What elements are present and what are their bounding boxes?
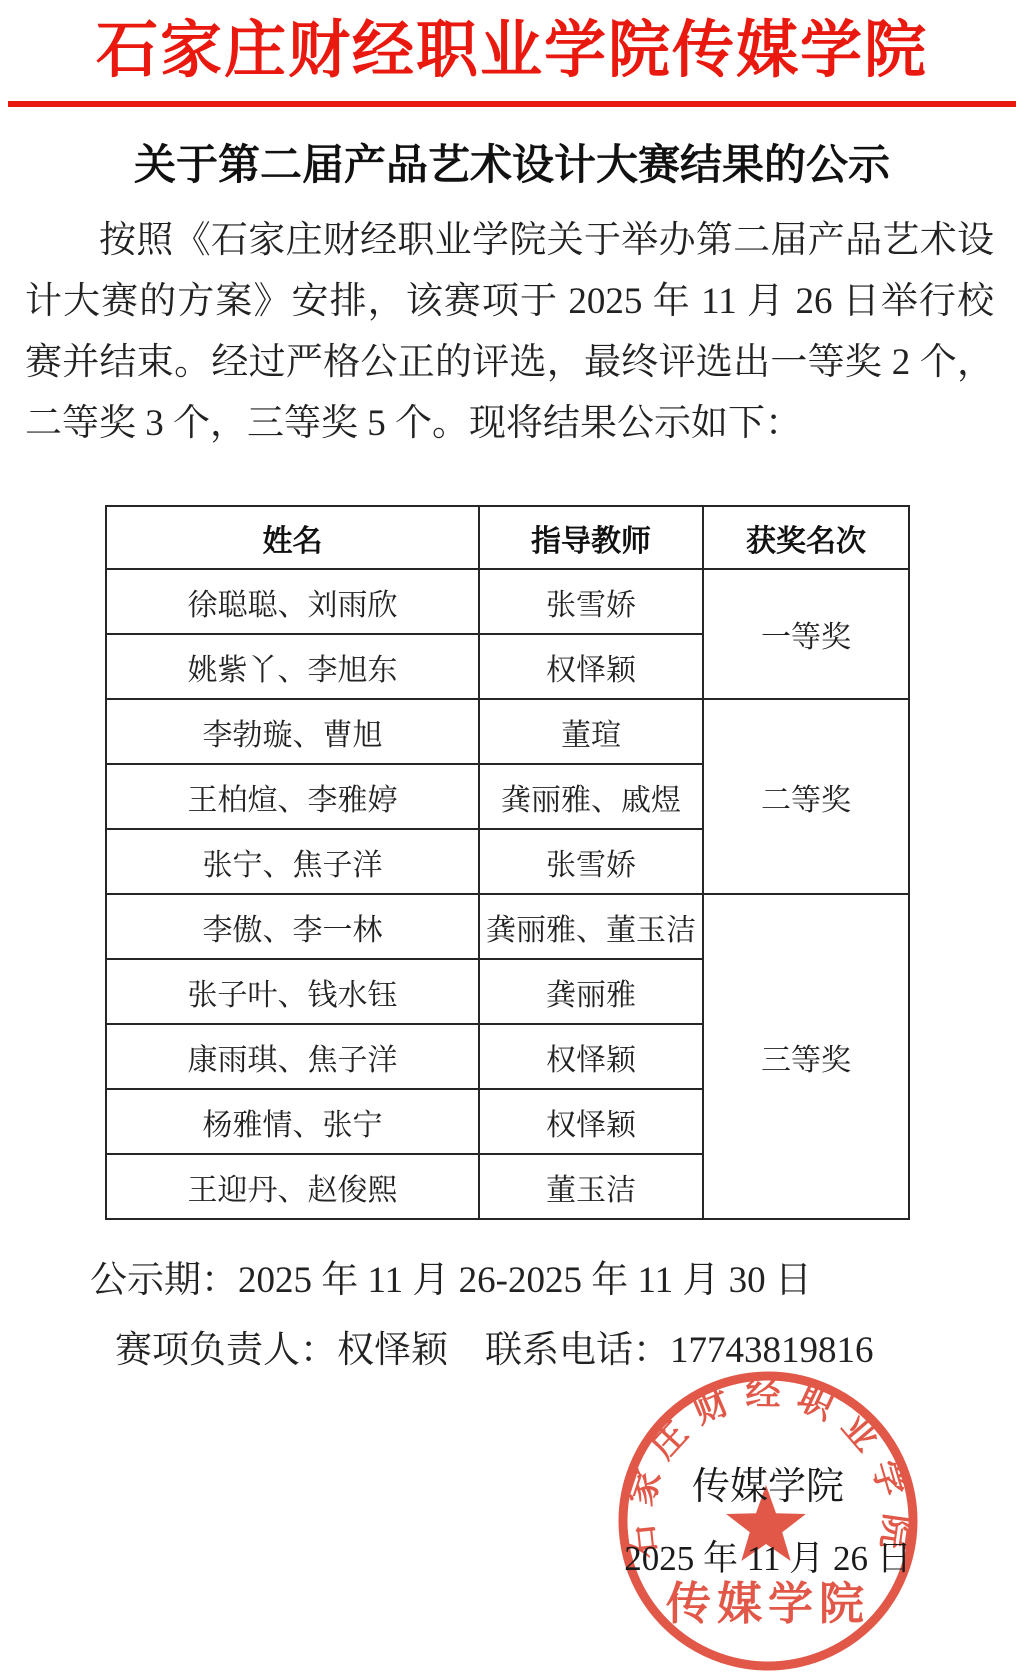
advisor-cell: 龚丽雅、董玉洁: [479, 894, 703, 959]
body-paragraph: 按照《石家庄财经职业学院关于举办第二届产品艺术设计大赛的方案》安排，该赛项于 2…: [25, 210, 994, 454]
student-names-cell: 王迎丹、赵俊熙: [106, 1154, 479, 1219]
table-row: 李勃璇、曹旭董瑄二等奖: [106, 699, 909, 764]
publicity-period-line: 公示期：2025 年 11 月 26-2025 年 11 月 30 日: [90, 1258, 812, 1304]
signature-department: 传媒学院: [593, 1464, 943, 1510]
table-row: 徐聪聪、刘雨欣张雪娇一等奖: [106, 569, 909, 634]
advisor-cell: 权怿颖: [479, 634, 703, 699]
doc-title: 关于第二届产品艺术设计大赛结果的公示: [0, 140, 1024, 192]
student-names-cell: 张宁、焦子洋: [106, 829, 479, 894]
column-header: 指导教师: [479, 506, 703, 569]
column-header: 获奖名次: [703, 506, 909, 569]
award-rank-cell: 二等奖: [703, 699, 909, 894]
column-header: 姓名: [106, 506, 479, 569]
advisor-cell: 权怿颖: [479, 1024, 703, 1089]
official-seal-stamp: 石家庄财经职业学院 传媒学院: [613, 1366, 923, 1672]
student-names-cell: 李傲、李一林: [106, 894, 479, 959]
student-names-cell: 张子叶、钱水钰: [106, 959, 479, 1024]
award-table: 姓名指导教师获奖名次 徐聪聪、刘雨欣张雪娇一等奖姚紫丫、李旭东权怿颖李勃璇、曹旭…: [105, 505, 910, 1220]
student-names-cell: 王柏煊、李雅婷: [106, 764, 479, 829]
advisor-cell: 张雪娇: [479, 569, 703, 634]
advisor-cell: 权怿颖: [479, 1089, 703, 1154]
masthead-rule: [8, 101, 1016, 107]
table-row: 李傲、李一林龚丽雅、董玉洁三等奖: [106, 894, 909, 959]
award-table-body: 徐聪聪、刘雨欣张雪娇一等奖姚紫丫、李旭东权怿颖李勃璇、曹旭董瑄二等奖王柏煊、李雅…: [106, 569, 909, 1219]
advisor-cell: 张雪娇: [479, 829, 703, 894]
student-names-cell: 杨雅情、张宁: [106, 1089, 479, 1154]
signature-date: 2025 年 11 月 26 日: [593, 1537, 943, 1581]
student-names-cell: 李勃璇、曹旭: [106, 699, 479, 764]
advisor-cell: 董玉洁: [479, 1154, 703, 1219]
student-names-cell: 康雨琪、焦子洋: [106, 1024, 479, 1089]
student-names-cell: 姚紫丫、李旭东: [106, 634, 479, 699]
student-names-cell: 徐聪聪、刘雨欣: [106, 569, 479, 634]
award-rank-cell: 三等奖: [703, 894, 909, 1219]
institution-masthead: 石家庄财经职业学院传媒学院: [0, 14, 1024, 88]
advisor-cell: 董瑄: [479, 699, 703, 764]
document-page: 石家庄财经职业学院传媒学院 关于第二届产品艺术设计大赛结果的公示 按照《石家庄财…: [0, 0, 1024, 1672]
award-rank-cell: 一等奖: [703, 569, 909, 699]
advisor-cell: 龚丽雅、戚煜: [479, 764, 703, 829]
advisor-cell: 龚丽雅: [479, 959, 703, 1024]
award-table-header-row: 姓名指导教师获奖名次: [106, 506, 909, 569]
seal-bottom-text: 传媒学院: [666, 1579, 870, 1629]
